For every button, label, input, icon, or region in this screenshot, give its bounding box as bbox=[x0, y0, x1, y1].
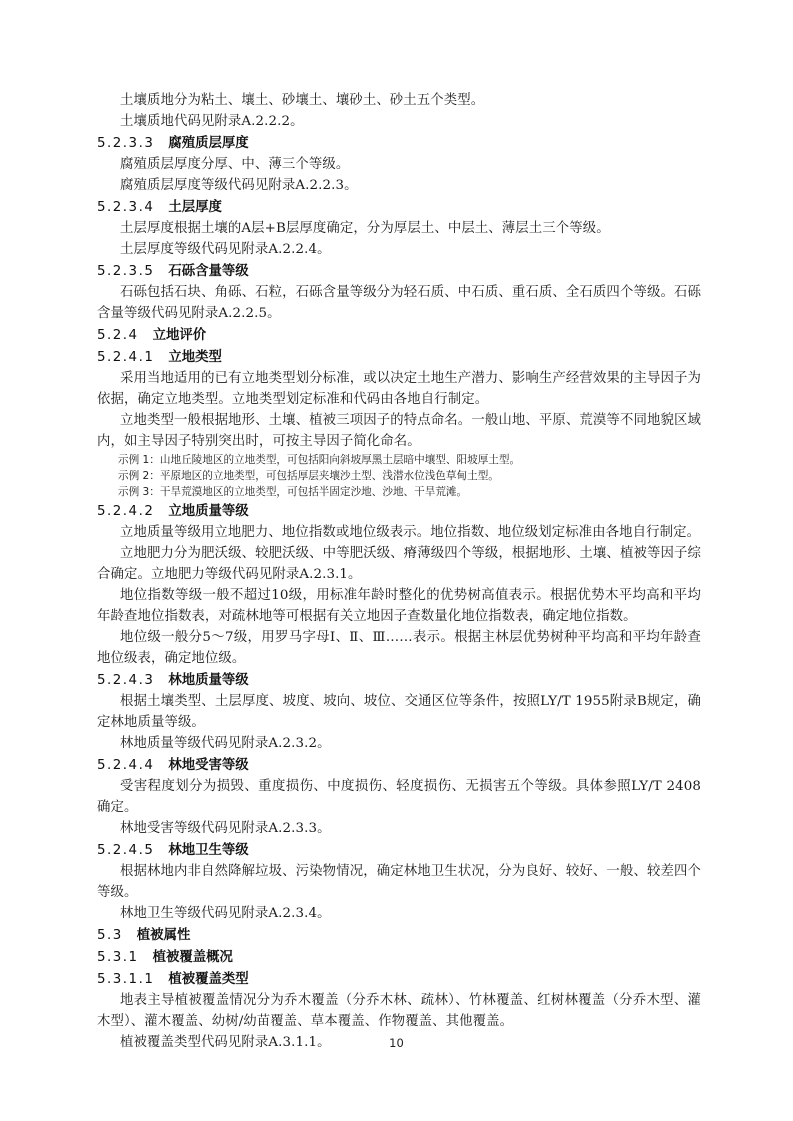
section-title: 林地卫生等级 bbox=[168, 843, 248, 858]
section-heading: 5.3.1.1植被覆盖类型 bbox=[97, 969, 701, 990]
section-number: 5.2.4.2 bbox=[97, 501, 154, 522]
section-heading: 5.2.3.5石砾含量等级 bbox=[97, 261, 701, 282]
section-title: 林地质量等级 bbox=[168, 673, 248, 688]
section-title: 石砾含量等级 bbox=[168, 264, 248, 279]
section-title: 植被覆盖概况 bbox=[153, 950, 233, 965]
document-page: 土壤质地分为粘土、壤土、砂壤土、壤砂土、砂土五个类型。土壤质地代码见附录A.2.… bbox=[97, 90, 701, 1053]
paragraph: 林地受害等级代码见附录A.2.3.3。 bbox=[97, 818, 701, 839]
section-heading: 5.2.4.1立地类型 bbox=[97, 347, 701, 368]
section-heading: 5.2.4.4林地受害等级 bbox=[97, 755, 701, 776]
section-title: 植被覆盖类型 bbox=[168, 972, 248, 987]
paragraph: 地位指数等级一般不超过10级，用标准年龄时整化的优势树高值表示。根据优势木平均高… bbox=[97, 585, 701, 627]
section-number: 5.3.1 bbox=[97, 947, 139, 968]
paragraph: 采用当地适用的已有立地类型划分标准，或以决定土地生产潜力、影响生产经营效果的主导… bbox=[97, 368, 701, 410]
paragraph: 腐殖质层厚度分厚、中、薄三个等级。 bbox=[97, 154, 701, 175]
section-title: 立地评价 bbox=[153, 328, 207, 343]
section-number: 5.2.4.4 bbox=[97, 755, 154, 776]
section-number: 5.2.3.5 bbox=[97, 261, 154, 282]
section-heading: 5.2.3.4土层厚度 bbox=[97, 197, 701, 218]
section-number: 5.2.4 bbox=[97, 325, 139, 346]
section-heading: 5.2.4立地评价 bbox=[97, 325, 701, 346]
section-heading: 5.2.4.5林地卫生等级 bbox=[97, 840, 701, 861]
page-number: 10 bbox=[0, 1036, 793, 1050]
section-heading: 5.2.4.2立地质量等级 bbox=[97, 501, 701, 522]
paragraph: 立地肥力分为肥沃级、较肥沃级、中等肥沃级、瘠薄级四个等级，根据地形、土壤、植被等… bbox=[97, 543, 701, 585]
paragraph: 腐殖质层厚度等级代码见附录A.2.2.3。 bbox=[97, 175, 701, 196]
paragraph: 立地质量等级用立地肥力、地位指数或地位级表示。地位指数、地位级划定标准由各地自行… bbox=[97, 522, 701, 543]
paragraph: 林地卫生等级代码见附录A.2.3.4。 bbox=[97, 903, 701, 924]
example-note: 示例 3：干旱荒漠地区的立地类型，可包括半固定沙地、沙地、干旱荒滩。 bbox=[97, 484, 701, 500]
paragraph: 土层厚度根据土壤的A层+B层厚度确定，分为厚层土、中层土、薄层土三个等级。 bbox=[97, 218, 701, 239]
section-heading: 5.2.4.3林地质量等级 bbox=[97, 670, 701, 691]
section-number: 5.3.1.1 bbox=[97, 969, 154, 990]
paragraph: 受害程度划分为损毁、重度损伤、中度损伤、轻度损伤、无损害五个等级。具体参照LY/… bbox=[97, 776, 701, 818]
section-number: 5.3 bbox=[97, 925, 123, 946]
paragraph: 土壤质地分为粘土、壤土、砂壤土、壤砂土、砂土五个类型。 bbox=[97, 90, 701, 111]
section-number: 5.2.4.1 bbox=[97, 347, 154, 368]
section-title: 立地类型 bbox=[168, 350, 222, 365]
paragraph: 土层厚度等级代码见附录A.2.2.4。 bbox=[97, 239, 701, 260]
paragraph: 石砾包括石块、角砾、石粒，石砾含量等级分为轻石质、中石质、重石质、全石质四个等级… bbox=[97, 282, 701, 324]
paragraph: 根据林地内非自然降解垃圾、污染物情况，确定林地卫生状况，分为良好、较好、一般、较… bbox=[97, 861, 701, 903]
section-title: 林地受害等级 bbox=[168, 758, 248, 773]
paragraph: 林地质量等级代码见附录A.2.3.2。 bbox=[97, 733, 701, 754]
section-number: 5.2.4.5 bbox=[97, 840, 154, 861]
section-number: 5.2.3.3 bbox=[97, 133, 154, 154]
paragraph: 地位级一般分5～7级，用罗马字母Ⅰ、Ⅱ、Ⅲ……表示。根据主林层优势树种平均高和平… bbox=[97, 627, 701, 669]
example-note: 示例 1：山地丘陵地区的立地类型，可包括阳向斜坡厚黑土层暗中壤型、阳坡厚土型。 bbox=[97, 452, 701, 468]
section-title: 土层厚度 bbox=[168, 200, 222, 215]
section-number: 5.2.4.3 bbox=[97, 670, 154, 691]
section-heading: 5.2.3.3腐殖质层厚度 bbox=[97, 133, 701, 154]
section-heading: 5.3.1植被覆盖概况 bbox=[97, 947, 701, 968]
paragraph: 土壤质地代码见附录A.2.2.2。 bbox=[97, 111, 701, 132]
section-title: 腐殖质层厚度 bbox=[168, 136, 248, 151]
example-note: 示例 2：平原地区的立地类型，可包括厚层夹壤沙土型、浅潜水位浅色草甸土型。 bbox=[97, 468, 701, 484]
paragraph: 根据土壤类型、土层厚度、坡度、坡向、坡位、交通区位等条件，按照LY/T 1955… bbox=[97, 691, 701, 733]
paragraph: 地表主导植被覆盖情况分为乔木覆盖（分乔木林、疏林）、竹林覆盖、红树林覆盖（分乔木… bbox=[97, 990, 701, 1032]
paragraph: 立地类型一般根据地形、土壤、植被三项因子的特点命名。一般山地、平原、荒漠等不同地… bbox=[97, 410, 701, 452]
section-title: 立地质量等级 bbox=[168, 504, 248, 519]
section-number: 5.2.3.4 bbox=[97, 197, 154, 218]
section-heading: 5.3植被属性 bbox=[97, 925, 701, 946]
section-title: 植被属性 bbox=[137, 928, 191, 943]
